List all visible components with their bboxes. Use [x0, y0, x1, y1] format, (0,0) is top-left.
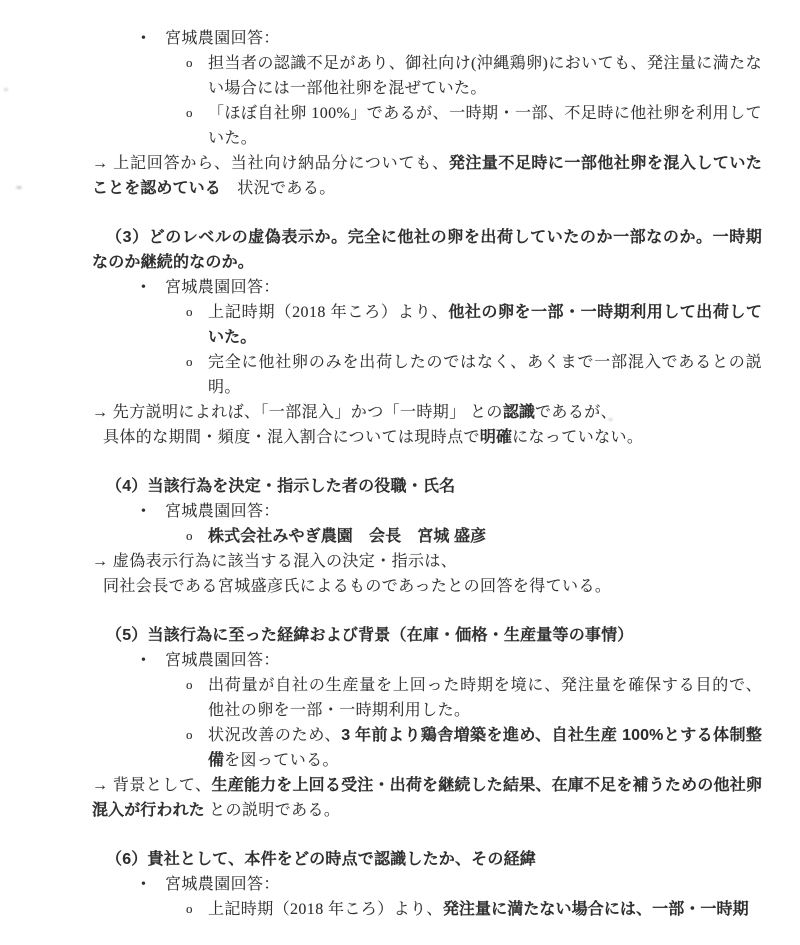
- bullet-icon: •: [141, 872, 146, 897]
- section-2-continuation: • 宮城農園回答： o 担当者の認識不足があり、御社向け(沖縄鶏卵)においても、…: [92, 26, 762, 201]
- answer-label: 宮城農園回答：: [165, 503, 280, 520]
- sub-bullet-icon: o: [186, 299, 193, 324]
- answer-bullet-item: • 宮城農園回答：: [92, 872, 762, 897]
- sub-bullet-icon: o: [186, 896, 193, 921]
- bullet-icon: •: [141, 26, 146, 51]
- answer-label: 宮城農園回答：: [165, 279, 280, 296]
- arrow-note-continuation: 具体的な期間・頻度・混入割合については現時点で明確になっていない。: [92, 425, 762, 450]
- sub-bullet-icon: o: [186, 100, 193, 125]
- bullet-icon: •: [141, 275, 146, 300]
- scanned-document-page: • 宮城農園回答： o 担当者の認識不足があり、御社向け(沖縄鶏卵)においても、…: [0, 0, 800, 945]
- sub-bullet-text: 担当者の認識不足があり、御社向け(沖縄鶏卵)においても、発注量に満たない場合には…: [208, 55, 762, 97]
- section-5: （5）当該行為に至った経緯および背景（在庫・価格・生産量等の事情） • 宮城農園…: [92, 623, 762, 823]
- sub-bullet-item: o 完全に他社卵のみを出荷したのではなく、あくまで一部混入であるとの説明。: [92, 350, 762, 400]
- arrow-note: → 上記回答から、当社向け納品分についても、発注量不足時に一部他社卵を混入してい…: [92, 151, 762, 201]
- answer-label: 宮城農園回答：: [165, 30, 280, 47]
- sub-bullet-icon: o: [186, 672, 193, 697]
- text-run: 上記時期（2018 年ころ）より、: [208, 901, 443, 918]
- section-heading: （3）どのレベルの虚偽表示か。完全に他社の卵を出荷していたのか一部なのか。一時期…: [92, 225, 762, 275]
- text-run: 状況改善のため、: [208, 727, 341, 744]
- section-3: （3）どのレベルの虚偽表示か。完全に他社の卵を出荷していたのか一部なのか。一時期…: [92, 225, 762, 450]
- company-chairman-name: 株式会社みやぎ農園 会長 宮城 盛彦: [208, 528, 486, 545]
- answer-label: 宮城農園回答：: [165, 652, 280, 669]
- bullet-icon: •: [141, 499, 146, 524]
- sub-bullet-text: 出荷量が自社の生産量を上回った時期を境に、発注量を確保する目的で、他社の卵を一部…: [208, 677, 762, 719]
- bullet-icon: •: [141, 648, 146, 673]
- text-run: → 上記回答から、当社向け納品分についても、: [92, 155, 449, 172]
- section-4: （4）当該行為を決定・指示した者の役職・氏名 • 宮城農園回答： o 株式会社み…: [92, 474, 762, 599]
- arrow-note: → 背景として、生産能力を上回る受注・出荷を継続した結果、在庫不足を補うための他…: [92, 773, 762, 823]
- text-run: → 先方説明によれば、「一部混入」かつ「一時期」 との: [92, 404, 503, 421]
- bold-run: 認識: [503, 404, 535, 421]
- scan-speck: [4, 88, 8, 91]
- sub-bullet-icon: o: [186, 523, 193, 548]
- text-run: 具体的な期間・頻度・混入割合については現時点で: [103, 429, 480, 446]
- section-heading: （4）当該行為を決定・指示した者の役職・氏名: [92, 474, 762, 499]
- text-run: になっていない。: [512, 429, 643, 446]
- sub-bullet-text: 「ほぼ自社卵 100%」であるが、一時期・一部、不足時に他社卵を利用していた。: [208, 105, 762, 147]
- answer-label: 宮城農園回答：: [165, 876, 280, 893]
- answer-bullet-item: • 宮城農園回答：: [92, 648, 762, 673]
- sub-bullet-icon: o: [186, 722, 193, 747]
- sub-bullet-item: o 上記時期（2018 年ころ）より、他社の卵を一部・一時期利用して出荷していた…: [92, 300, 762, 350]
- sub-bullet-item: o 状況改善のため、3 年前より鶏舎増築を進め、自社生産 100%とする体制整備…: [92, 723, 762, 773]
- text-run: を図っている。: [224, 752, 339, 769]
- text-run: 状況である。: [221, 180, 336, 197]
- sub-bullet-icon: o: [186, 50, 193, 75]
- answer-bullet-item: • 宮城農園回答：: [92, 499, 762, 524]
- sub-bullet-item: o 「ほぼ自社卵 100%」であるが、一時期・一部、不足時に他社卵を利用していた…: [92, 101, 762, 151]
- answer-bullet-item: • 宮城農園回答：: [92, 275, 762, 300]
- arrow-note-continuation: 同社会長である宮城盛彦氏によるものであったとの回答を得ている。: [92, 574, 762, 599]
- bold-run: 明確: [480, 429, 512, 446]
- document-content: • 宮城農園回答： o 担当者の認識不足があり、御社向け(沖縄鶏卵)においても、…: [92, 26, 762, 922]
- answer-bullet-item: • 宮城農園回答：: [92, 26, 762, 51]
- section-6: （6）貴社として、本件をどの時点で認識したか、その経緯 • 宮城農園回答： o …: [92, 847, 762, 922]
- sub-bullet-text: 完全に他社卵のみを出荷したのではなく、あくまで一部混入であるとの説明。: [208, 354, 762, 396]
- arrow-note: → 虚偽表示行為に該当する混入の決定・指示は、: [92, 549, 762, 574]
- arrow-note: → 先方説明によれば、「一部混入」かつ「一時期」 との認識であるが、: [92, 400, 762, 425]
- sub-bullet-item: o 上記時期（2018 年ころ）より、発注量に満たない場合には、一部・一時期: [92, 897, 762, 922]
- sub-bullet-item: o 出荷量が自社の生産量を上回った時期を境に、発注量を確保する目的で、他社の卵を…: [92, 673, 762, 723]
- sub-bullet-icon: o: [186, 349, 193, 374]
- bold-run: 発注量に満たない場合には、一部・一時期: [443, 901, 749, 918]
- scan-speck: [608, 418, 613, 421]
- text-run: との説明である。: [205, 802, 341, 819]
- sub-bullet-item: o 担当者の認識不足があり、御社向け(沖縄鶏卵)においても、発注量に満たない場合…: [92, 51, 762, 101]
- text-run: 上記時期（2018 年ころ）より、: [208, 304, 448, 321]
- sub-bullet-item: o 株式会社みやぎ農園 会長 宮城 盛彦: [92, 524, 762, 549]
- scan-speck: [16, 186, 22, 189]
- text-run: → 背景として、: [92, 777, 212, 794]
- text-run: であるが、: [535, 404, 617, 421]
- section-heading: （6）貴社として、本件をどの時点で認識したか、その経緯: [92, 847, 762, 872]
- section-heading: （5）当該行為に至った経緯および背景（在庫・価格・生産量等の事情）: [92, 623, 762, 648]
